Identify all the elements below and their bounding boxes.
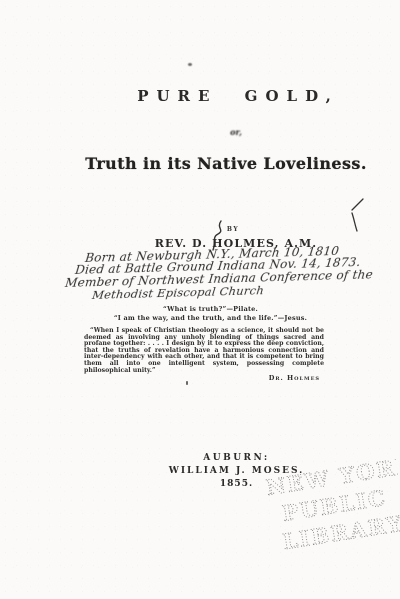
quote-attribution: Dr. Holmes (84, 375, 324, 382)
ink-speck (188, 63, 192, 66)
epigraph-pilate: “What is truth?”—Pilate. (88, 305, 333, 314)
ink-speck-small (186, 381, 188, 385)
epigraph-block: “What is truth?”—Pilate. “I am the way, … (88, 305, 333, 323)
title-separator-or: or, (224, 127, 248, 137)
quote-block: “When I speak of Christian theology as a… (84, 328, 324, 382)
book-title: PURE GOLD, (78, 87, 398, 105)
quote-text: “When I speak of Christian theology as a… (84, 328, 324, 374)
epigraph-jesus: “I am the way, and the truth, and the li… (88, 314, 333, 323)
book-subtitle: Truth in its Native Loveliness. (66, 154, 386, 173)
byline-prefix: BY (173, 226, 293, 233)
handwritten-checkmark (347, 195, 367, 235)
